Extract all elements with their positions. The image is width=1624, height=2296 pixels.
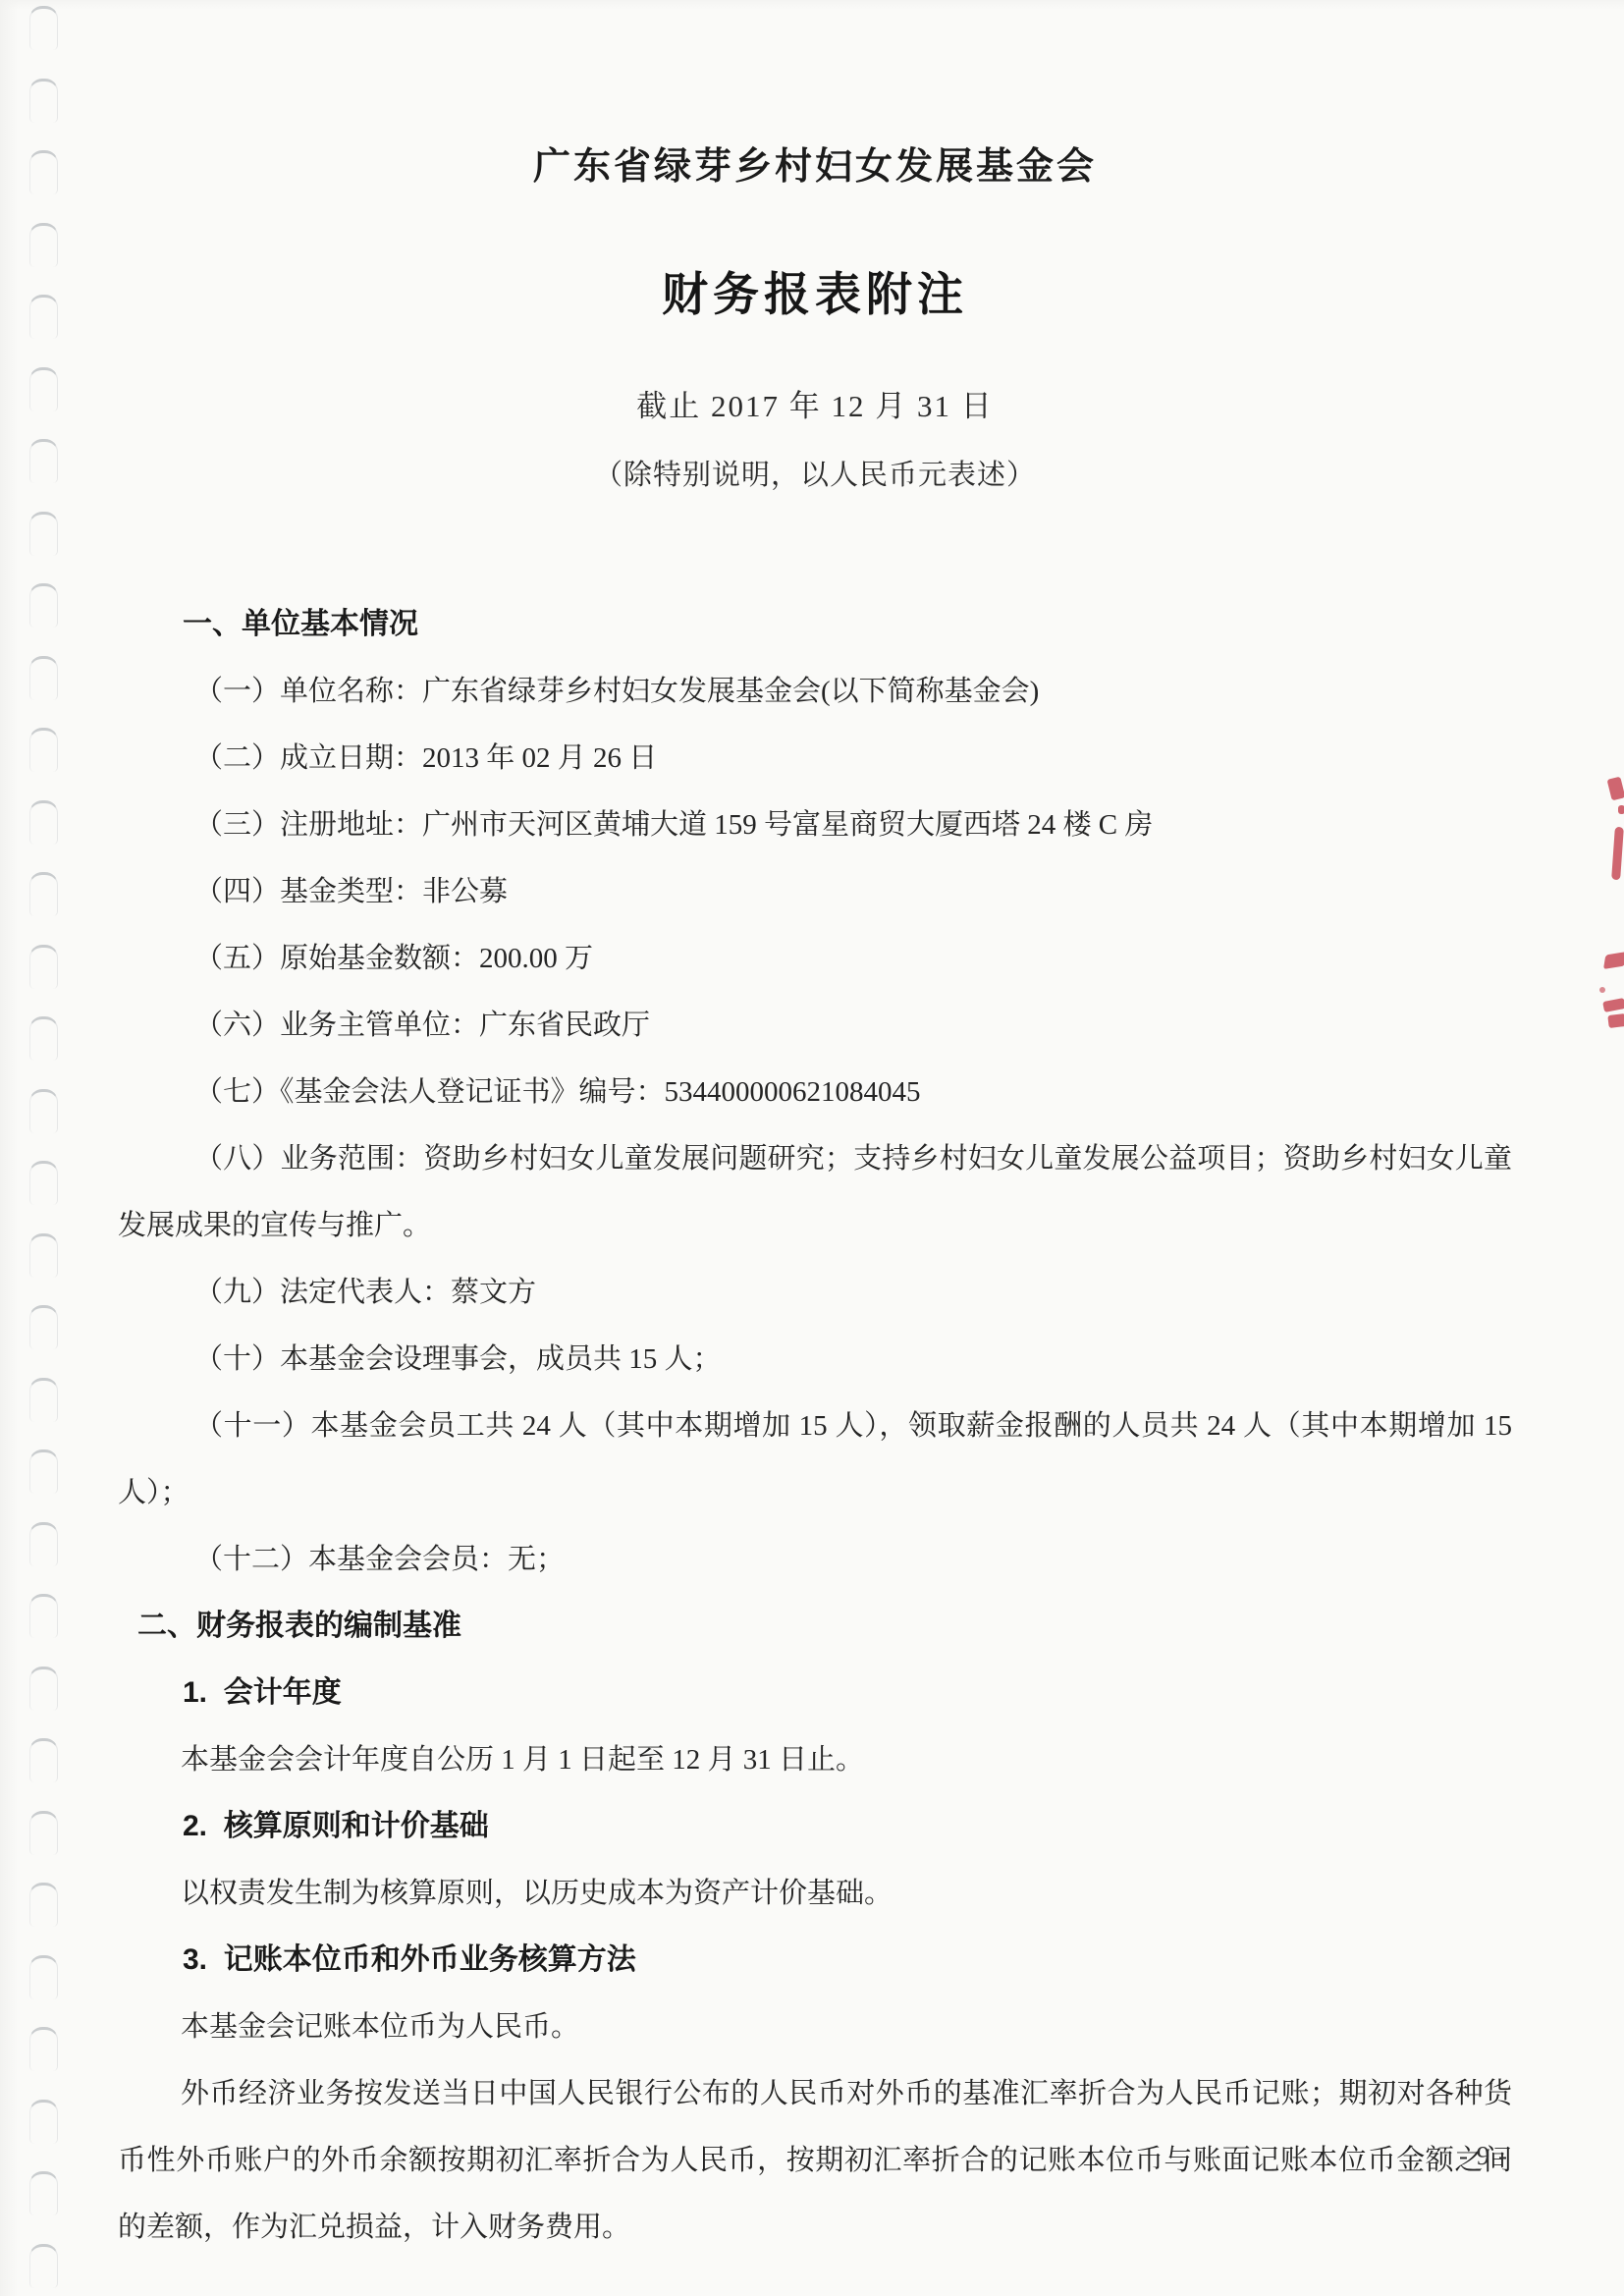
binding-hole (29, 1378, 58, 1422)
document-content: 广东省绿芽乡村妇女发展基金会 财务报表附注 截止 2017 年 12 月 31 … (118, 0, 1512, 2261)
binding-hole (29, 6, 58, 50)
binding-hole (29, 439, 58, 483)
list-item: （二）成立日期：2013 年 02 月 26 日 (118, 725, 1512, 792)
binding-hole (29, 872, 58, 916)
binding-hole (29, 1883, 58, 1927)
title-block: 广东省绿芽乡村妇女发展基金会 财务报表附注 截止 2017 年 12 月 31 … (118, 0, 1512, 493)
binding-hole (29, 512, 58, 556)
document-body: 一、单位基本情况 （一）单位名称：广东省绿芽乡村妇女发展基金会(以下简称基金会)… (118, 591, 1512, 2261)
doc-title: 广东省绿芽乡村妇女发展基金会 (118, 136, 1512, 190)
binding-hole (29, 1305, 58, 1349)
binding-hole (29, 1089, 58, 1133)
paragraph: 本基金会会计年度自公历 1 月 1 日起至 12 月 31 日止。 (118, 1726, 1512, 1793)
subsection-heading: 3. 记账本位币和外币业务核算方法 (118, 1927, 1512, 1994)
binding-hole (29, 367, 58, 411)
date-line: 截止 2017 年 12 月 31 日 (118, 381, 1512, 425)
list-item: （四）基金类型：非公募 (118, 858, 1512, 925)
binding-hole (29, 2100, 58, 2144)
binding-hole (29, 150, 58, 194)
list-item: （九）法定代表人：蔡文方 (118, 1259, 1512, 1326)
red-ink-mark (1618, 805, 1624, 814)
binding-hole (29, 79, 58, 123)
list-item: （十二）本基金会会员：无； (118, 1526, 1512, 1593)
red-ink-mark (1603, 952, 1624, 969)
paragraph: 以权责发生制为核算原则，以历史成本为资产计价基础。 (118, 1860, 1512, 1927)
binding-hole (29, 1738, 58, 1782)
binding-hole (29, 223, 58, 267)
list-item: （三）注册地址：广州市天河区黄埔大道 159 号富星商贸大厦西塔 24 楼 C … (118, 792, 1512, 858)
binding-hole (29, 1667, 58, 1711)
binding-hole (29, 583, 58, 628)
binding-hole (29, 2027, 58, 2071)
binding-holes (0, 0, 69, 2296)
binding-hole (29, 800, 58, 845)
list-item: （十一）本基金会员工共 24 人（其中本期增加 15 人），领取薪金报酬的人员共… (118, 1393, 1512, 1526)
red-ink-mark (1599, 987, 1605, 993)
doc-subtitle: 财务报表附注 (118, 258, 1512, 324)
subsection-heading: 2. 核算原则和计价基础 (118, 1793, 1512, 1860)
currency-note: （除特别说明，以人民币元表述） (118, 453, 1512, 493)
list-item: （一）单位名称：广东省绿芽乡村妇女发展基金会(以下简称基金会) (118, 658, 1512, 725)
binding-hole (29, 1955, 58, 1999)
paragraph: 外币经济业务按发送当日中国人民银行公布的人民币对外币的基准汇率折合为人民币记账；… (118, 2060, 1512, 2261)
red-ink-mark (1602, 998, 1624, 1012)
list-item: （六）业务主管单位：广东省民政厅 (118, 992, 1512, 1059)
binding-hole (29, 1233, 58, 1278)
binding-hole (29, 2171, 58, 2215)
list-item: （八）业务范围：资助乡村妇女儿童发展问题研究；支持乡村妇女儿童发展公益项目；资助… (118, 1125, 1512, 1259)
binding-hole (29, 2244, 58, 2288)
section-two-heading: 二、财务报表的编制基准 (118, 1593, 1512, 1660)
binding-hole (29, 1594, 58, 1638)
binding-hole (29, 295, 58, 339)
binding-hole (29, 1449, 58, 1494)
list-item: （五）原始基金数额：200.00 万 (118, 925, 1512, 992)
red-ink-mark (1607, 777, 1624, 801)
list-item: （七）《基金会法人登记证书》编号：534400000621084045 (118, 1059, 1512, 1125)
scanned-document: { "page": { "title": "广东省绿芽乡村妇女发展基金会", "… (0, 0, 1624, 2296)
binding-hole (29, 1016, 58, 1061)
binding-hole (29, 728, 58, 772)
binding-hole (29, 656, 58, 700)
section-one-heading: 一、单位基本情况 (118, 591, 1512, 658)
red-ink-mark (1607, 1013, 1624, 1028)
binding-hole (29, 945, 58, 989)
binding-hole (29, 1522, 58, 1566)
binding-hole (29, 1811, 58, 1855)
subsection-heading: 1. 会计年度 (118, 1660, 1512, 1726)
red-ink-mark (1611, 827, 1624, 880)
binding-hole (29, 1161, 58, 1205)
page-number: - 9 - (1459, 2141, 1508, 2171)
list-item: （十）本基金会设理事会，成员共 15 人； (118, 1326, 1512, 1393)
paragraph: 本基金会记账本位币为人民币。 (118, 1994, 1512, 2060)
